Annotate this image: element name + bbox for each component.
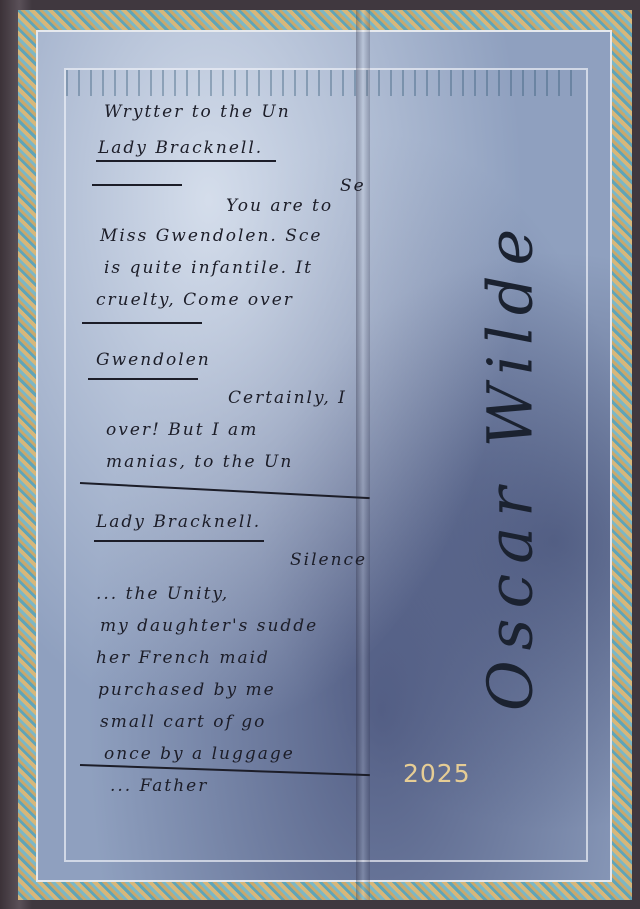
manuscript-line: my daughter's sudde bbox=[100, 616, 318, 636]
manuscript-line: Certainly, I bbox=[228, 388, 347, 408]
lace-pattern bbox=[66, 70, 582, 96]
manuscript-line: Wrytter to the Un bbox=[104, 102, 291, 122]
flap-fold bbox=[356, 10, 370, 900]
underline bbox=[82, 322, 202, 324]
manuscript-line: Lady Bracknell. bbox=[96, 512, 261, 532]
manuscript-line: Lady Bracknell. bbox=[98, 138, 263, 158]
underline bbox=[88, 378, 198, 380]
manuscript-line: You are to bbox=[226, 196, 333, 216]
manuscript-line: Se bbox=[340, 176, 366, 196]
manuscript-line: once by a luggage bbox=[104, 744, 295, 764]
manuscript-line: Miss Gwendolen. Sce bbox=[100, 226, 322, 246]
underline bbox=[92, 184, 182, 186]
manuscript-line: Silence bbox=[290, 550, 367, 570]
manuscript-line: Gwendolen bbox=[96, 350, 211, 370]
manuscript-line: cruelty, Come over bbox=[96, 290, 294, 310]
author-signature: Oscar Wilde bbox=[420, 230, 600, 700]
underline bbox=[96, 160, 276, 162]
manuscript-line: ... the Unity, bbox=[96, 584, 229, 604]
signature-text: Oscar Wilde bbox=[474, 219, 547, 711]
manuscript-line: manias, to the Un bbox=[106, 452, 293, 472]
diary-cover: Wrytter to the Un Lady Bracknell. Se You… bbox=[0, 0, 640, 909]
manuscript-line: over! But I am bbox=[106, 420, 258, 440]
manuscript-line: ... Father bbox=[110, 776, 208, 796]
manuscript-line: purchased by me bbox=[98, 680, 276, 700]
manuscript-line: her French maid bbox=[96, 648, 270, 668]
manuscript-line: small cart of go bbox=[100, 712, 266, 732]
underline bbox=[94, 540, 264, 542]
year-label: 2025 bbox=[403, 759, 471, 788]
manuscript-line: is quite infantile. It bbox=[104, 258, 313, 278]
